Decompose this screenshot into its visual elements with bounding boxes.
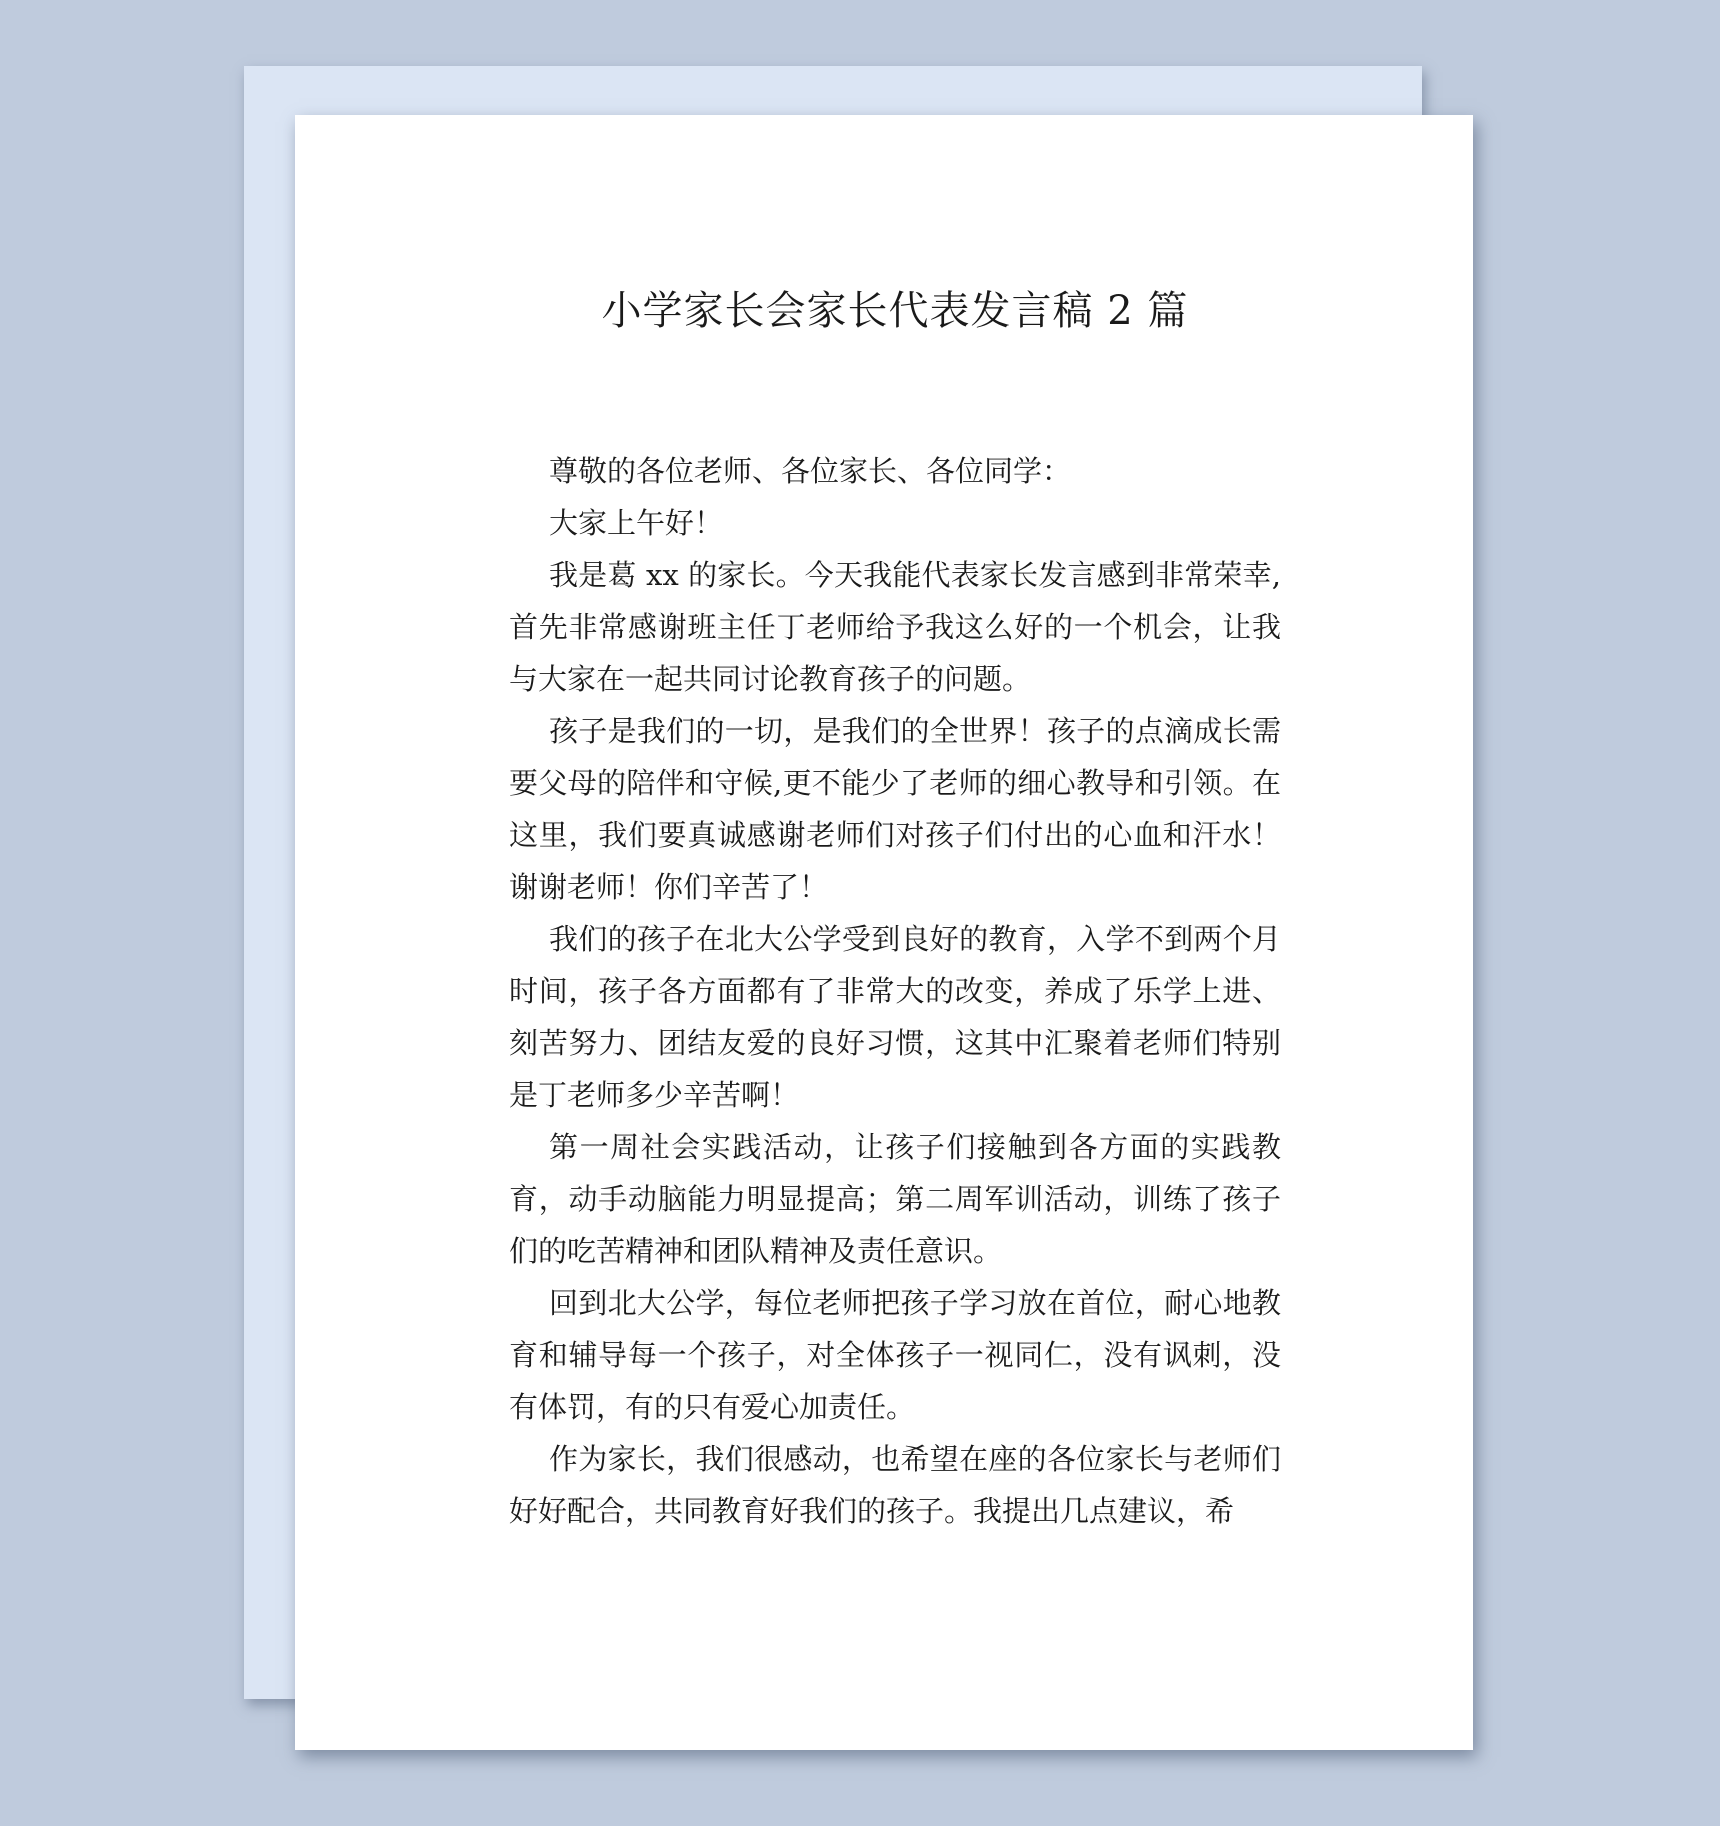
paper-page: 小学家长会家长代表发言稿 2 篇 尊敬的各位老师、各位家长、各位同学： 大家上午… [295, 115, 1473, 1750]
paragraph: 大家上午好！ [509, 497, 1281, 549]
paragraph: 作为家长，我们很感动，也希望在座的各位家长与老师们好好配合，共同教育好我们的孩子… [509, 1433, 1281, 1537]
paragraph: 我们的孩子在北大公学受到良好的教育，入学不到两个月时间，孩子各方面都有了非常大的… [509, 913, 1281, 1121]
paragraph: 回到北大公学，每位老师把孩子学习放在首位，耐心地教育和辅导每一个孩子，对全体孩子… [509, 1277, 1281, 1433]
document-body: 尊敬的各位老师、各位家长、各位同学： 大家上午好！ 我是葛 xx 的家长。今天我… [509, 445, 1281, 1537]
desktop-background: { "document": { "title": "小学家长会家长代表发言稿 2… [0, 0, 1720, 1826]
paragraph: 我是葛 xx 的家长。今天我能代表家长发言感到非常荣幸, 首先非常感谢班主任丁老… [509, 549, 1281, 705]
paragraph: 孩子是我们的一切，是我们的全世界！孩子的点滴成长需要父母的陪伴和守候,更不能少了… [509, 705, 1281, 913]
paragraph: 尊敬的各位老师、各位家长、各位同学： [509, 445, 1281, 497]
document-title: 小学家长会家长代表发言稿 2 篇 [509, 287, 1281, 335]
paragraph: 第一周社会实践活动，让孩子们接触到各方面的实践教育，动手动脑能力明显提高；第二周… [509, 1121, 1281, 1277]
